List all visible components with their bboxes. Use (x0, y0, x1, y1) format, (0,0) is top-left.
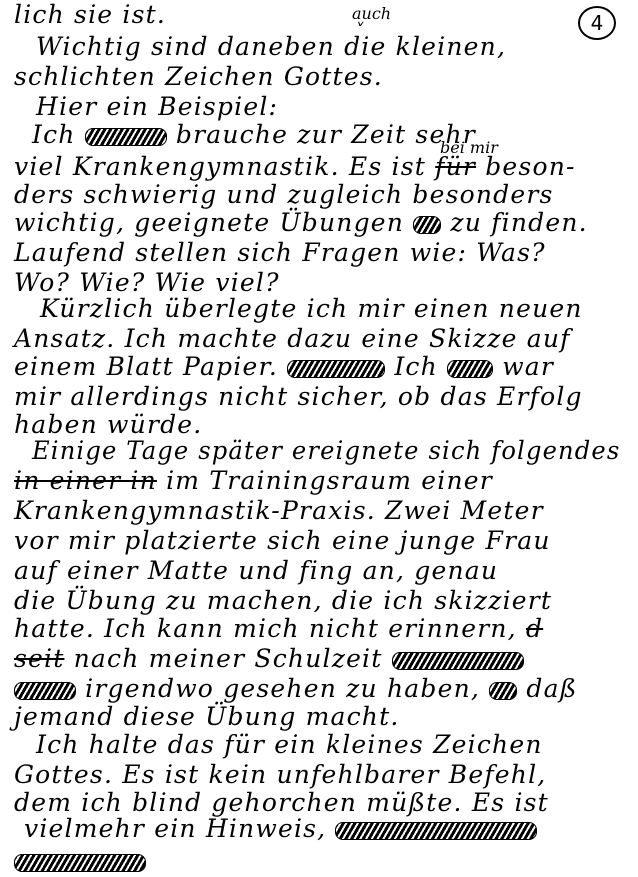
text-line: Ich brauche zur Zeit sehr (32, 120, 476, 150)
text-line (14, 846, 146, 876)
crossed-out-word (489, 682, 517, 700)
text-line: ders schwierig und zugleich besonders (14, 180, 554, 210)
text-line: Wichtig sind daneben die kleinen, (36, 32, 506, 62)
line-text: wichtig, geeignete Übungen (14, 208, 404, 237)
text-line: lich sie ist. (14, 0, 166, 30)
line-text: zu finden. (450, 208, 587, 237)
crossed-out-word (335, 822, 537, 840)
line-text: einem Blatt Papier. (14, 352, 278, 381)
text-line: Gottes. Es ist kein unfehlbarer Befehl, (14, 760, 546, 790)
line-text: Ich (32, 120, 76, 149)
crossed-out-word: seit (14, 644, 64, 673)
line-text: nach meiner Schulzeit (74, 644, 383, 673)
crossed-out-word: in einer in (14, 466, 157, 495)
line-text: vielmehr ein Hinweis, (24, 814, 326, 843)
crossed-out-word (447, 360, 493, 378)
line-text: beson- (485, 152, 575, 181)
line-text: daß (526, 674, 577, 703)
text-line: in einer in im Trainingsraum einer (14, 466, 493, 496)
text-line: Ich halte das für ein kleines Zeichen (36, 730, 543, 760)
line-text: Ich (394, 352, 438, 381)
crossed-out-word (413, 216, 441, 234)
line-text: irgendwo gesehen zu haben, (85, 674, 480, 703)
text-line: auf einer Matte und fing an, genau (14, 556, 498, 586)
crossed-out-word (287, 360, 385, 378)
text-line: einem Blatt Papier. Ich war (14, 352, 554, 382)
crossed-out-word: d (526, 614, 543, 643)
line-text: war (502, 352, 554, 381)
line-text: viel Krankengymnastik. Es ist (14, 152, 426, 181)
text-line: Krankengymnastik-Praxis. Zwei Meter (14, 496, 544, 526)
text-line: irgendwo gesehen zu haben, daß (14, 674, 578, 704)
page-number: 4 (578, 6, 616, 40)
text-line: Kürzlich überlegte ich mir einen neuen (40, 294, 583, 324)
text-line: jemand diese Übung macht. (14, 702, 400, 732)
text-line: Laufend stellen sich Fragen wie: Was? (14, 238, 546, 268)
crossed-out-word: für (435, 152, 476, 181)
crossed-out-word (14, 854, 146, 872)
text-line: wichtig, geeignete Übungen zu finden. (14, 208, 588, 238)
line-text: hatte. Ich kann mich nicht erinnern, (14, 614, 517, 643)
line-text: im Trainingsraum einer (166, 466, 493, 495)
text-line: Ansatz. Ich machte dazu eine Skizze auf (14, 324, 571, 354)
crossed-out-word (85, 128, 167, 146)
text-line: mir allerdings nicht sicher, ob das Erfo… (14, 382, 583, 412)
text-line: viel Krankengymnastik. Es ist für beson- (14, 152, 576, 182)
text-line: Einige Tage später ereignete sich folgen… (32, 436, 620, 466)
line-text: brauche zur Zeit sehr (176, 120, 476, 149)
text-line: vor mir platzierte sich eine junge Frau (14, 526, 551, 556)
text-line: hatte. Ich kann mich nicht erinnern, d (14, 614, 543, 644)
handwritten-page: 4 auch ˅ lich sie ist. Wichtig sind dane… (0, 0, 638, 877)
text-line: die Übung zu machen, die ich skizziert (14, 586, 552, 616)
text-line: vielmehr ein Hinweis, (24, 814, 537, 844)
text-line: schlichten Zeichen Gottes. (14, 62, 383, 92)
crossed-out-word (14, 682, 76, 700)
text-line: Hier ein Beispiel: (36, 92, 278, 122)
text-line: seit nach meiner Schulzeit (14, 644, 524, 674)
crossed-out-word (392, 652, 524, 670)
